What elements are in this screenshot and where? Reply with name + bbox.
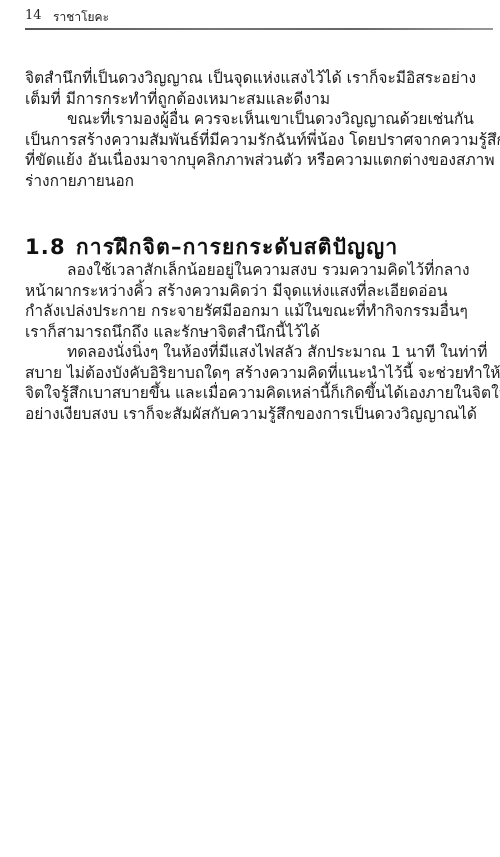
section-number: 1.8	[25, 235, 66, 259]
text-line: กำลังเปล่งประกาย กระจายรัศมีออกมา แม้ในข…	[25, 301, 495, 322]
text-line: ที่ขัดแย้ง อันเนื่องมาจากบุคลิกภาพส่วนตั…	[25, 150, 495, 171]
text-line: เต็มที่ มีการกระทำที่ถูกต้องเหมาะสมและดี…	[25, 89, 495, 110]
page-body: จิตสำนึกที่เป็นดวงวิญญาณ เป็นจุดแห่งแสงไ…	[25, 68, 495, 424]
text-line: อย่างเงียบสงบ เราก็จะสัมผัสกับความรู้สึก…	[25, 404, 495, 425]
text-line: จิตใจรู้สึกเบาสบายขึ้น และเมื่อความคิดเห…	[25, 383, 495, 404]
text-line: สบาย ไม่ต้องบังคับอิริยาบถใดๆ สร้างความค…	[25, 363, 495, 384]
text-line: ร่างกายภายนอก	[25, 171, 495, 192]
text-line: ขณะที่เรามองผู้อื่น ควรจะเห็นเขาเป็นดวงว…	[25, 109, 495, 130]
paragraph-2: ขณะที่เรามองผู้อื่น ควรจะเห็นเขาเป็นดวงว…	[25, 109, 495, 191]
section-title: การฝึกจิต–การยกระดับสติปัญญา	[76, 235, 399, 259]
text-line: ทดลองนั่งนิ่งๆ ในห้องที่มีแสงไฟสลัว สักป…	[25, 342, 495, 363]
paragraph-1: จิตสำนึกที่เป็นดวงวิญญาณ เป็นจุดแห่งแสงไ…	[25, 68, 495, 109]
running-header-title: ราชาโยคะ	[53, 8, 109, 27]
paragraph-4: ทดลองนั่งนิ่งๆ ในห้องที่มีแสงไฟสลัว สักป…	[25, 342, 495, 424]
text-line: ลองใช้เวลาสักเล็กน้อยอยู่ในความสงบ รวมคว…	[25, 260, 495, 281]
section-heading: 1.8การฝึกจิต–การยกระดับสติปัญญา	[25, 234, 495, 260]
text-line: หน้าผากระหว่างคิ้ว สร้างความคิดว่า มีจุด…	[25, 281, 495, 302]
page-number: 14	[25, 8, 42, 23]
section-spacer	[25, 191, 495, 234]
paragraph-3: ลองใช้เวลาสักเล็กน้อยอยู่ในความสงบ รวมคว…	[25, 260, 495, 342]
text-line: เป็นการสร้างความสัมพันธ์ที่มีความรักฉันท…	[25, 130, 495, 151]
running-header: 14 ราชาโยคะ	[25, 8, 493, 30]
text-line: เราก็สามารถนึกถึง และรักษาจิตสำนึกนี้ไว้…	[25, 322, 495, 343]
text-line: จิตสำนึกที่เป็นดวงวิญญาณ เป็นจุดแห่งแสงไ…	[25, 68, 495, 89]
header-rule	[25, 28, 493, 30]
